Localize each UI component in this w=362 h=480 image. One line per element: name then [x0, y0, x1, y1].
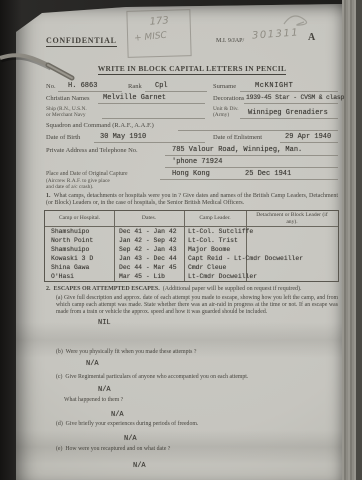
field-line: [244, 103, 338, 104]
form-instruction-text: WRITE IN BLOCK CAPITAL LETTERS IN PENCIL: [98, 64, 287, 75]
field-line: [94, 142, 205, 143]
leader-cell: Lt-Cmdr Docweiller: [188, 272, 303, 281]
camp-cell: Kowaski 3 D: [51, 254, 93, 263]
classification-label: CONFIDENTIAL: [46, 36, 117, 47]
christian-names-value: Melville Garnet: [103, 94, 166, 102]
mi9-reference-label: M.I. 9/JAP/: [216, 38, 244, 44]
question-2-title: ESCAPES OR ATTEMPTED ESCAPES.: [54, 286, 160, 292]
decorations-label: Decorations: [213, 95, 244, 102]
field-line: [280, 142, 338, 143]
date-of-birth-value: 30 May 1910: [100, 133, 146, 141]
field-line: [165, 167, 338, 168]
rank-value: Cpl: [155, 82, 168, 90]
field-line: [98, 103, 205, 104]
no-label: No.: [46, 83, 56, 90]
question-2e-label: (e): [56, 446, 62, 452]
question-2c-text: Give Regimental particulars of anyone wh…: [65, 374, 248, 380]
answer-2c-followup: N/A: [111, 411, 124, 419]
ship-label-line2: or Merchant Navy: [46, 112, 86, 118]
leader-cell: Cmdr Cleue: [188, 263, 303, 272]
question-2b: (b) Were you physically fit when you mad…: [56, 349, 196, 355]
question-2-number: 2.: [46, 286, 51, 292]
dates-cell: Sep 42 - Jan 43: [119, 245, 177, 254]
phone-value: 'phone 71924: [172, 158, 222, 166]
field-line: [145, 91, 207, 92]
question-1-text: What camps, detachments or hospitals wer…: [46, 193, 338, 206]
question-2d-label: (d): [56, 421, 63, 427]
rank-label: Rank: [128, 83, 142, 90]
answer-2d: N/A: [124, 435, 137, 443]
no-value: H. 6863: [68, 82, 97, 90]
column-dates: Dec 41 - Jan 42 Jan 42 - Sep 42 Sep 42 -…: [119, 227, 177, 281]
capture-place-value: Hong Kong: [172, 170, 210, 178]
camp-cell: North Point: [51, 236, 93, 245]
private-address-label: Private Address and Telephone No.: [46, 147, 138, 154]
answer-2e: N/A: [133, 462, 146, 470]
question-2c: (c) Give Regimental particulars of anyon…: [56, 374, 248, 380]
leader-cell: Lt-Col. Trist: [188, 236, 303, 245]
unit-label-line2: (Army): [213, 112, 229, 118]
dates-cell: Dec 41 - Jan 42: [119, 227, 177, 236]
field-line: [102, 118, 205, 119]
form-instruction-header: WRITE IN BLOCK CAPITAL LETTERS IN PENCIL: [46, 64, 338, 73]
camp-table: Camp or Hospital. Dates. Camp Leader. De…: [44, 210, 339, 282]
stamp-number: 173: [149, 15, 169, 27]
squadron-label: Squadron and Command (R.A.F., A.A.F.): [46, 122, 154, 129]
capture-label-line3: and date of a/c crash).: [46, 184, 93, 190]
leader-cell: Capt Reid - Lt-Cmdr Docweiller: [188, 254, 303, 263]
field-line: [178, 130, 338, 131]
question-2e-text: How were you recaptured and on what date…: [65, 446, 170, 452]
camp-cell: Shamshuipo: [51, 245, 93, 254]
stamp-misc: + MISC: [134, 31, 168, 44]
field-line: [58, 91, 122, 92]
capture-label-line1: Place and Date of Original Capture: [46, 171, 128, 177]
background-edge: [356, 0, 362, 480]
header-detachment-leader: Detachment or Block Leader (if any).: [256, 212, 328, 225]
private-address-value: 785 Valour Road, Winnipeg, Man.: [172, 146, 302, 154]
table-border: [184, 211, 185, 281]
question-2d-text: Give briefly your experiences during per…: [66, 421, 199, 427]
leader-cell: Lt-Col. Sutcliffe: [188, 227, 303, 236]
decorations-value: 1939-45 Star - CVSM & clasp: [246, 94, 344, 101]
leader-cell: Major Boome: [188, 245, 303, 254]
question-2a-text: Give full description and approx. date o…: [56, 295, 338, 315]
question-2e: (e) How were you recaptured and on what …: [56, 446, 170, 452]
answer-2c: N/A: [98, 386, 111, 394]
question-1-number: 1.: [46, 193, 51, 199]
camp-cell: Shamshuipo: [51, 227, 93, 236]
question-2-heading: 2. ESCAPES OR ATTEMPTED ESCAPES. (Additi…: [46, 286, 302, 292]
camp-cell: O'Hasi: [51, 272, 93, 281]
date-of-birth-label: Date of Birth: [46, 134, 80, 141]
answer-2a: NIL: [98, 319, 111, 327]
dates-cell: Jan 43 - Dec 44: [119, 254, 177, 263]
scanned-pow-questionnaire: CONFIDENTIAL 173 + MISC M.I. 9/JAP/ 3013…: [0, 0, 362, 480]
dates-cell: Mar 45 - Lib: [119, 272, 177, 281]
question-2d: (d) Give briefly your experiences during…: [56, 421, 198, 427]
header-camp-or-hospital: Camp or Hospital.: [47, 215, 112, 222]
column-camps: Shamshuipo North Point Shamshuipo Kowask…: [51, 227, 93, 281]
header-camp-leader: Camp Leader.: [186, 215, 244, 222]
question-2a: (a) Give full description and approx. da…: [56, 295, 338, 315]
surname-label: Surname: [213, 83, 236, 90]
unit-value: Winnipeg Grenadiers: [248, 109, 328, 117]
camp-cell: Shina Gawa: [51, 263, 93, 272]
field-line: [240, 118, 338, 119]
christian-names-label: Christian Names: [46, 95, 90, 102]
question-1: 1. What camps, detachments or hospitals …: [46, 193, 338, 207]
series-letter: A: [308, 32, 315, 43]
date-of-enlistment-value: 29 Apr 1940: [285, 133, 331, 141]
column-leaders: Lt-Col. Sutcliffe Lt-Col. Trist Major Bo…: [188, 227, 303, 281]
question-2c-followup: What happened to them ?: [64, 397, 123, 403]
surname-value: McKNIGHT: [255, 82, 293, 90]
question-2a-label: (a): [56, 295, 62, 301]
question-2b-text: Were you physically fit when you made th…: [66, 349, 197, 355]
field-line: [165, 155, 338, 156]
dates-cell: Jan 42 - Sep 42: [119, 236, 177, 245]
field-line: [240, 91, 338, 92]
field-line: [160, 179, 338, 180]
page-stack-edge: [342, 0, 356, 480]
stamp-box: 173 + MISC: [126, 9, 191, 58]
dates-cell: Dec 44 - Mar 45: [119, 263, 177, 272]
question-2c-label: (c): [56, 374, 62, 380]
answer-2b: N/A: [86, 360, 99, 368]
capture-date-value: 25 Dec 1941: [245, 170, 291, 178]
question-2-note: (Additional paper will be supplied on re…: [163, 286, 302, 292]
question-2b-label: (b): [56, 349, 63, 355]
table-border: [114, 211, 115, 281]
header-dates: Dates.: [116, 215, 182, 222]
date-of-enlistment-label: Date of Enlistment: [213, 134, 262, 141]
